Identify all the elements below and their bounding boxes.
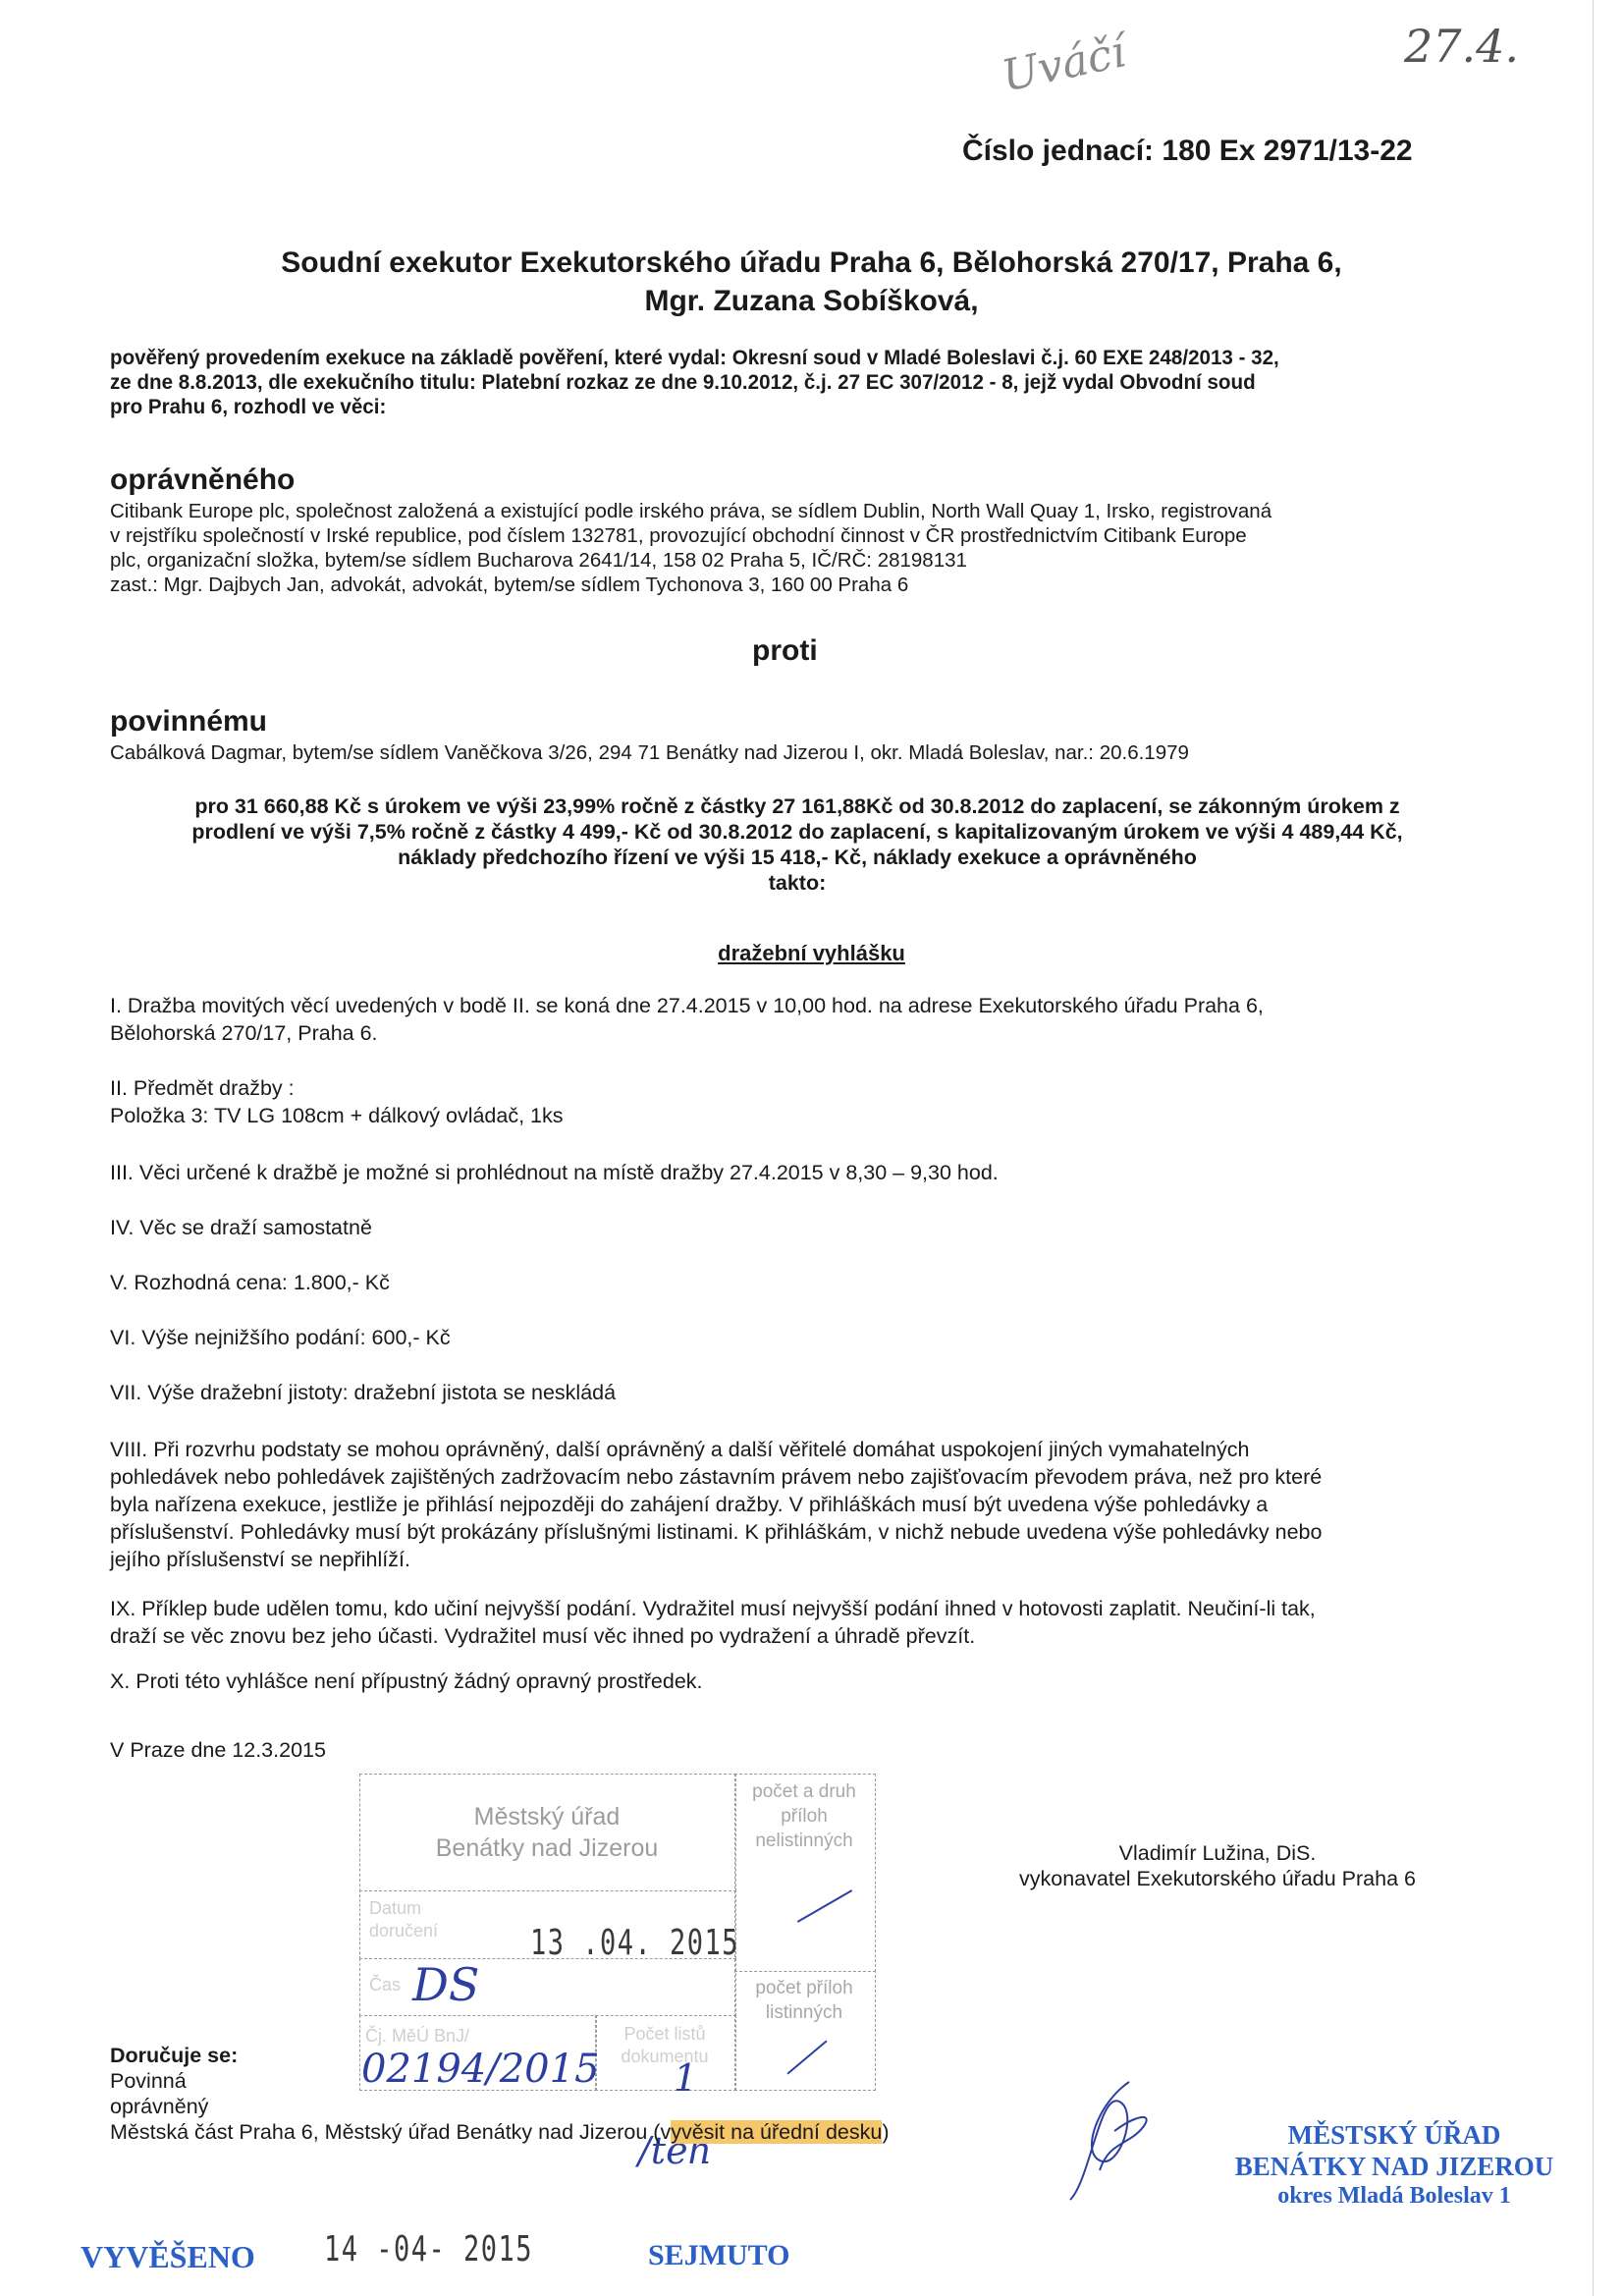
auction-term-line: VI. Výše nejnižšího podání: 600,- Kč [110,1324,1504,1351]
auction-term-line: Bělohorská 270/17, Praha 6. [110,1019,1504,1047]
claim-text: pro 31 660,88 Kč s úrokem ve výši 23,99%… [110,793,1485,896]
auction-term-item: III. Věci určené k dražbě je možné si pr… [110,1159,1504,1186]
creditor-title: oprávněného [110,464,295,497]
place-date: V Praze dne 12.3.2015 [110,1736,1504,1764]
auction-term-line: jejího příslušenství se nepřihlíží. [110,1546,1504,1573]
delivery-title: Doručuje se: [110,2043,890,2068]
creditor-line: Citibank Europe plc, společnost založená… [110,499,1485,523]
mandate-line: ze dne 8.8.2013, dle exekučního titulu: … [110,370,1437,395]
auction-term-line: IV. Věc se draží samostatně [110,1214,1504,1241]
signatory-name: Vladimír Lužina, DiS. [982,1840,1453,1866]
case-number: Číslo jednací: 180 Ex 2971/13-22 [962,135,1413,168]
claim-line: náklady předchozího řízení ve výši 15 41… [110,845,1485,870]
stamp-time-value: DS [412,1958,479,2011]
auction-term-item: X. Proti této vyhlášce není přípustný žá… [110,1667,1504,1695]
executor-name: Mgr. Zuzana Sobíšková, [0,282,1623,321]
auction-term-item: VIII. Při rozvrhu podstaty se mohou oprá… [110,1436,1504,1573]
auction-term-line: V. Rozhodná cena: 1.800,- Kč [110,1269,1504,1296]
auction-term-line: VIII. Při rozvrhu podstaty se mohou oprá… [110,1436,1504,1463]
delivery-recipient: oprávněný [110,2094,890,2119]
claim-line: pro 31 660,88 Kč s úrokem ve výši 23,99%… [110,793,1485,819]
claim-line: prodlení ve výši 7,5% ročně z částky 4 4… [110,819,1485,845]
auction-term-line: IX. Příklep bude udělen tomu, kdo učiní … [110,1595,1504,1622]
signatory: Vladimír Lužina, DiS. vykonavatel Exekut… [982,1840,1453,1891]
office-stamp: MĚSTSKÝ ÚŘAD BENÁTKY NAD JIZEROU okres M… [1217,2119,1571,2210]
claim-line: takto: [110,870,1485,896]
signature-icon [1060,2072,1178,2210]
auction-term-item: VII. Výše dražební jistoty: dražební jis… [110,1379,1504,1406]
auction-term-item: VI. Výše nejnižšího podání: 600,- Kč [110,1324,1504,1351]
handwritten-date-note: 27.4. [1404,20,1519,73]
auction-term-line: příslušenství. Pohledávky musí být proká… [110,1518,1504,1546]
removed-stamp: SEJMUTO [648,2239,789,2272]
auction-term-line: pohledávek nebo pohledávek zajištěných z… [110,1463,1504,1491]
delivery-list: Doručuje se: Povinná oprávněný Městská č… [110,2043,890,2145]
auction-term-line: byla nařízena exekuce, jestliže je přihl… [110,1491,1504,1518]
debtor-title: povinnému [110,705,267,738]
auction-term-item: IX. Příklep bude udělen tomu, kdo učiní … [110,1595,1504,1650]
creditor-line: zast.: Mgr. Dajbych Jan, advokát, advoká… [110,573,1485,597]
delivery-recipient: Povinná [110,2068,890,2094]
posted-date: 14 -04- 2015 [324,2229,533,2269]
signatory-role: vykonavatel Exekutorského úřadu Praha 6 [982,1866,1453,1891]
auction-term-line: II. Předmět dražby : [110,1074,1504,1102]
debtor-details: Cabálková Dagmar, bytem/se sídlem Vaněčk… [110,740,1485,765]
stamp-nonpaper-attachments-label: počet a druh příloh nelistinných [734,1779,874,1853]
executor-line-1: Soudní exekutor Exekutorského úřadu Prah… [0,244,1623,283]
stamp-date-label: Datum doručení [369,1897,438,1942]
notice-title: dražební vyhlášku [0,941,1623,966]
mandate-line: pověřený provedením exekuce na základě p… [110,346,1437,370]
posted-stamp: VYVĚŠENO [81,2239,255,2275]
mandate-text: pověřený provedením exekuce na základě p… [110,346,1437,419]
stamp-office-line1: Městský úřad [359,1803,734,1831]
auction-term-line: draží se věc znovu bez jeho účasti. Vydr… [110,1622,1504,1650]
auction-term-line: III. Věci určené k dražbě je možné si pr… [110,1159,1504,1186]
creditor-line: plc, organizační složka, bytem/se sídlem… [110,548,1485,573]
auction-term-line: Položka 3: TV LG 108cm + dálkový ovládač… [110,1102,1504,1129]
creditor-details: Citibank Europe plc, společnost založená… [110,499,1485,597]
auction-term-item: II. Předmět dražby :Položka 3: TV LG 108… [110,1074,1504,1129]
auction-term-line: X. Proti této vyhlášce není přípustný žá… [110,1667,1504,1695]
auction-term-item: IV. Věc se draží samostatně [110,1214,1504,1241]
auction-term-line: VII. Výše dražební jistoty: dražební jis… [110,1379,1504,1406]
stamp-office-line2: Benátky nad Jizerou [359,1834,734,1863]
stamp-time-label: Čas [369,1974,401,1996]
auction-term-item: I. Dražba movitých věcí uvedených v bodě… [110,992,1504,1047]
against-label: proti [752,634,818,668]
highlighted-text: yvěsit na úřední desku [671,2120,882,2144]
creditor-line: v rejstříku společností v Irské republic… [110,523,1485,548]
auction-term-item: V. Rozhodná cena: 1.800,- Kč [110,1269,1504,1296]
stamp-date-value: 13 .04. 2015 [530,1923,739,1963]
stamp-paper-attachments-label: počet příloh listinných [734,1976,874,2025]
scan-edge [1593,0,1594,2296]
handwritten-note: Uváčí [998,27,1130,101]
delivery-recipient: Městská část Praha 6, Městský úřad Benát… [110,2119,890,2145]
auction-term-line: I. Dražba movitých věcí uvedených v bodě… [110,992,1504,1019]
mandate-line: pro Prahu 6, rozhodl ve věci: [110,395,1437,419]
